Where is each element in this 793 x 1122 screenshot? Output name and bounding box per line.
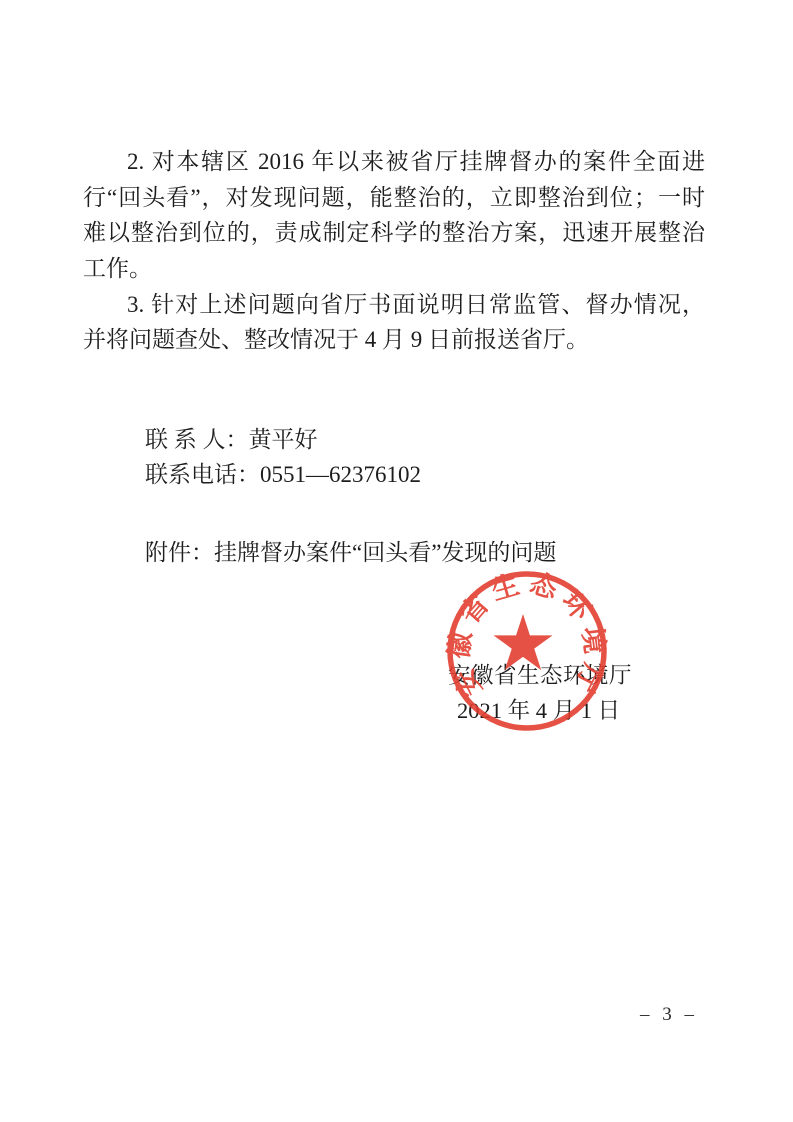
attachment-reference: 附件：挂牌督办案件“回头看”发现的问题: [145, 535, 556, 570]
document-date: 2021 年 4 月 1 日: [457, 695, 620, 727]
paragraph-2-line: 行“回头看”，对发现问题，能整治的，立即整治到位；一时: [83, 180, 705, 216]
paragraph-2-line: 2. 对本辖区 2016 年以来被省厅挂牌督办的案件全面进: [83, 144, 705, 180]
contact-info: 联 系 人：黄平好 联系电话：0551—62376102: [145, 422, 421, 493]
issuing-agency-signature: 安徽省生态环境厅: [448, 660, 632, 692]
paragraph-3-line: 并将问题查处、整改情况于 4 月 9 日前报送省厅。: [83, 322, 705, 358]
contact-person: 联 系 人：黄平好: [145, 422, 421, 457]
contact-phone: 联系电话：0551—62376102: [145, 457, 421, 492]
paragraph-3-line: 3. 针对上述问题向省厅书面说明日常监管、督办情况，: [83, 287, 705, 323]
page-number: – 3 –: [640, 1004, 698, 1026]
body-text: 2. 对本辖区 2016 年以来被省厅挂牌督办的案件全面进 行“回头看”，对发现…: [83, 144, 705, 358]
paragraph-2-line: 工作。: [83, 251, 705, 287]
document-page: 2. 对本辖区 2016 年以来被省厅挂牌督办的案件全面进 行“回头看”，对发现…: [0, 0, 793, 1122]
paragraph-2-line: 难以整治到位的，责成制定科学的整治方案，迅速开展整治: [83, 215, 705, 251]
